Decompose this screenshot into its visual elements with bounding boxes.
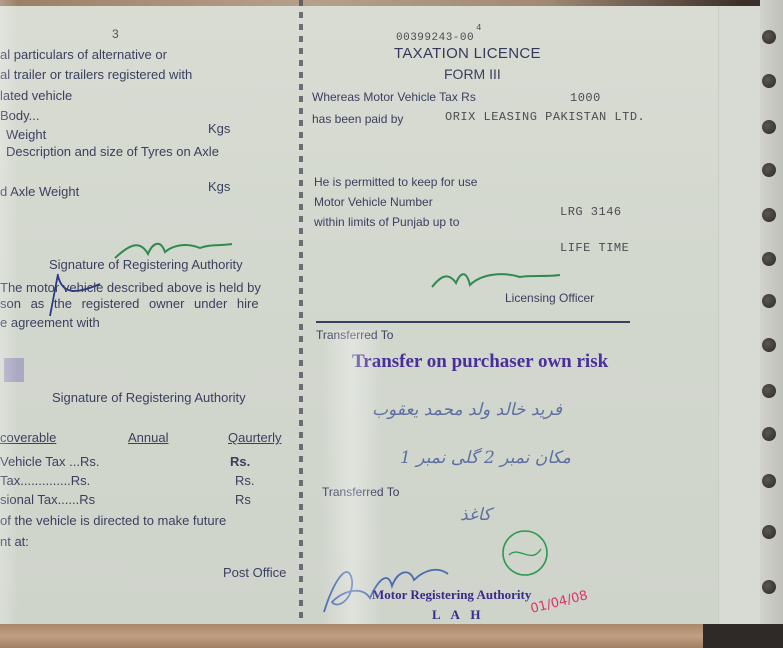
divider-line [316,321,630,323]
hire-text-line-2: son as the registered owner under hire [0,297,259,310]
signature-label-2: Signature of Registering Authority [52,391,246,404]
permit-line-3: within limits of Punjab up to [314,216,459,228]
serial-superscript: 4 [476,24,482,33]
licensing-officer-label: Licensing Officer [505,292,594,304]
feed-hole-icon [762,30,776,44]
axle-weight-unit: Kgs [208,180,230,193]
vehicle-number: LRG 3146 [560,206,622,218]
validity-period: LIFE TIME [560,242,629,254]
feed-hole-icon [762,208,776,222]
tax-row-quarterly: Rs [235,493,251,506]
permit-line-1: He is permitted to keep for use [314,176,477,188]
background-bottom-edge [0,624,783,648]
feed-hole-icon [762,252,776,266]
tax-row-quarterly: Rs. [235,474,255,487]
urdu-address-line-1: فرید خالد ولد محمد یعقوب [372,400,562,420]
particulars-line-2: al trailer or trailers registered with [0,68,192,81]
document-title: TAXATION LICENCE [394,46,541,61]
feed-hole-icon [762,384,776,398]
blue-ink-mark-icon [40,270,110,320]
paid-by-label: has been paid by [312,113,403,125]
serial-number: 00399243-00 [396,33,474,44]
page-number: 3 [112,28,119,40]
directive-line-1: of the vehicle is directed to make futur… [0,514,226,527]
tax-header-annual: Annual [128,431,168,444]
authority-stamp-line-1: Motor Registering Authority [372,588,531,601]
urdu-address-line-2: مکان نمبر 2 گلی نمبر 1 [400,448,571,468]
tyres-field: Description and size of Tyres on Axle [6,145,219,158]
post-office-label: Post Office [223,566,286,579]
feed-hole-icon [762,427,776,441]
feed-hole-icon [762,580,776,594]
plastic-glare [0,0,18,624]
feed-hole-icon [762,474,776,488]
tax-row-quarterly: Rs. [230,455,250,468]
feed-hole-icon [762,74,776,88]
form-number: FORM III [444,67,501,81]
particulars-line-1: al particulars of alternative or [0,48,167,61]
feed-hole-icon [762,525,776,539]
tax-header-quarterly: Qaurterly [228,431,281,444]
feed-hole-icon [762,120,776,134]
transfer-risk-stamp: Transfer on purchaser own risk [352,352,608,371]
urdu-address-line-3: کاغذ [460,505,491,525]
feed-hole-icon [762,294,776,308]
plastic-glare [322,330,382,625]
hire-text-line-1: The motor vehicle described above is hel… [0,281,261,294]
feed-hole-icon [762,163,776,177]
weight-unit: Kgs [208,122,230,135]
feed-hole-icon [762,338,776,352]
paid-by-value: ORIX LEASING PAKISTAN LTD. [445,111,645,123]
tractor-feed-margin [718,6,761,624]
authority-stamp-line-2: L A H [432,608,485,621]
perforation-line [299,0,303,624]
tax-line-label: Whereas Motor Vehicle Tax Rs [312,91,476,103]
permit-line-2: Motor Vehicle Number [314,196,433,208]
tax-amount: 1000 [570,92,601,104]
green-circular-stamp-icon [495,525,555,585]
